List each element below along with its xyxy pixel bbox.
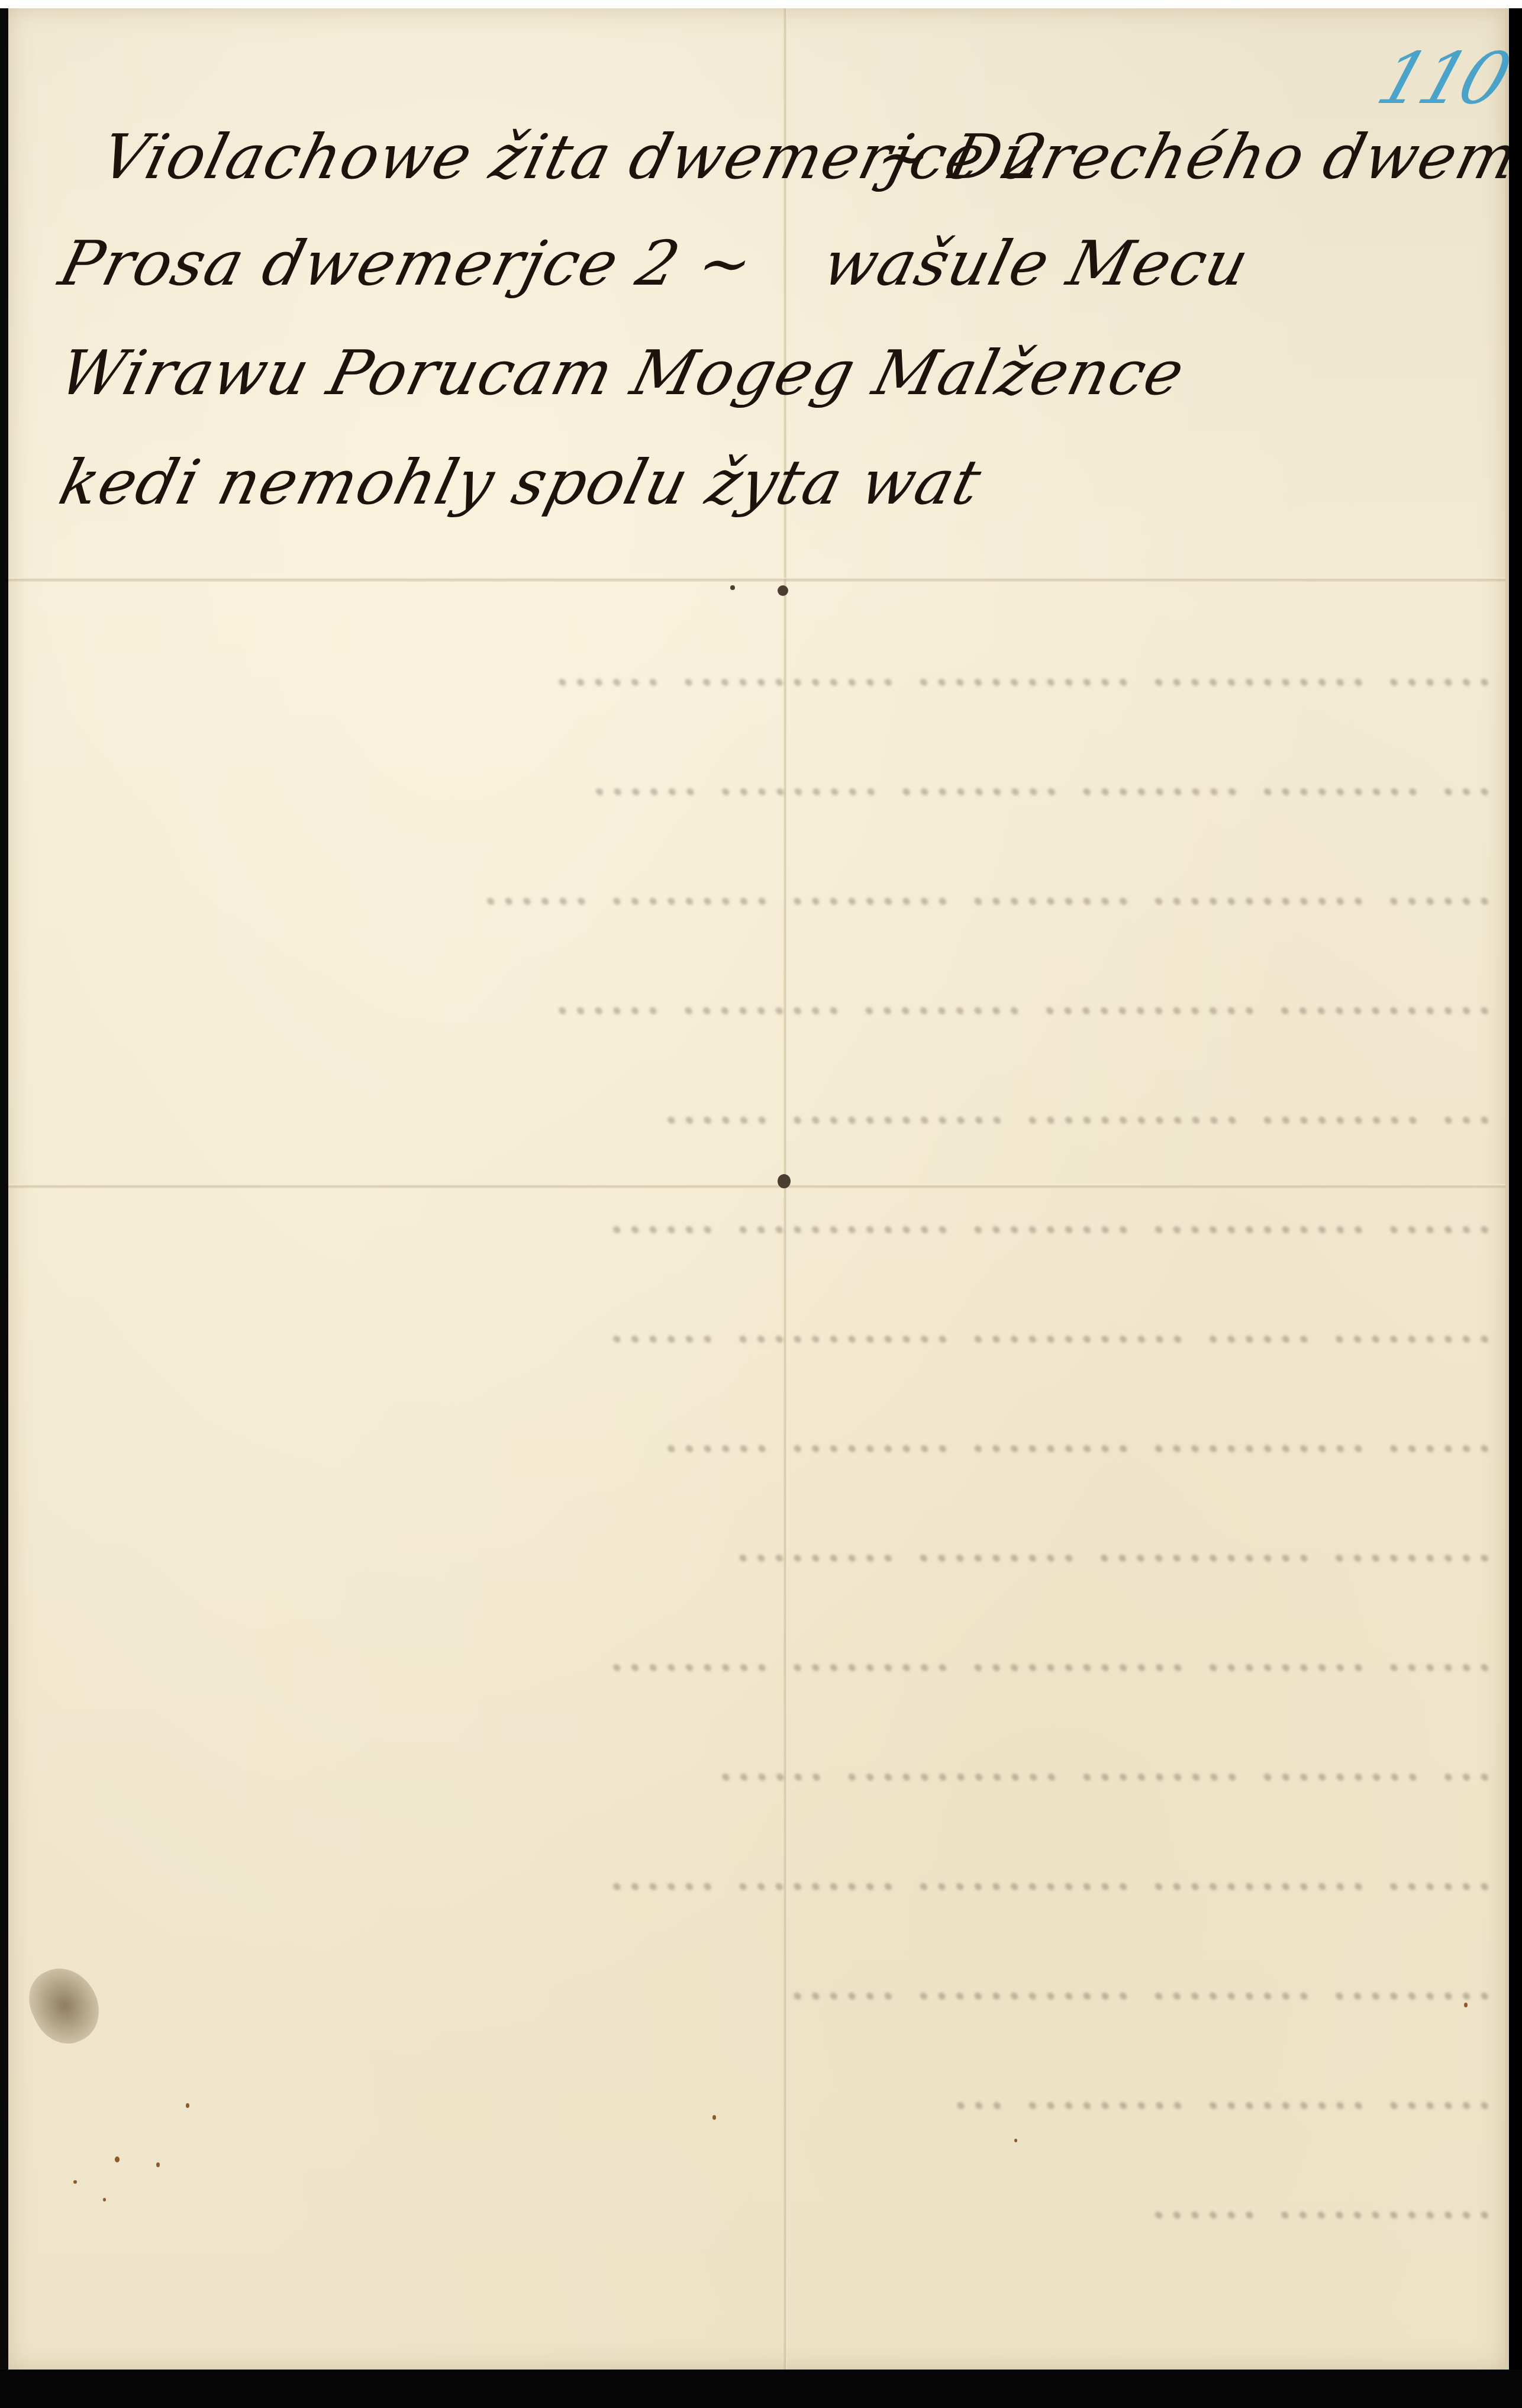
bleed-line: … ……… ……… ……… ……… …… (44, 721, 1494, 831)
scan-border-bottom (0, 2370, 1522, 2408)
scan-border-right (1509, 8, 1522, 2408)
foxing-spot (1464, 2003, 1468, 2007)
foxing-spot (103, 2198, 106, 2201)
bleed-line: ………… ………… ……… ……… …… (44, 940, 1494, 1050)
bleed-line: …… ………… ………… ……… …… (44, 1816, 1494, 1926)
foxing-spot (73, 2180, 77, 2184)
bleed-through-text: …… ………… ………… ………… …… … ……… ……… ……… ……… …… (44, 612, 1494, 2254)
bleed-line: …… ………… ………… ………… …… (44, 612, 1494, 721)
foxing-spot (1014, 2139, 1017, 2142)
bleed-line: …… ………… ……… ……… ……… …… (44, 831, 1494, 940)
foxing-spot (712, 2115, 716, 2120)
bleed-line: ………… …… (44, 2145, 1494, 2254)
manuscript-page: …… ………… ………… ………… …… … ……… ……… ……… ……… …… (8, 8, 1509, 2370)
foxing-spot (186, 2103, 189, 2108)
bleed-line: …… ……… ……… … (44, 2035, 1494, 2145)
folio-number: 110 (1368, 38, 1515, 120)
manuscript-line-3: Wirawu Porucam Mogeg Malžence (53, 337, 1192, 409)
bleed-line: ……… …… ………… ………… …… (44, 1269, 1494, 1378)
bleed-line: …… ………… ……… ………… …… (44, 1159, 1494, 1269)
bleed-line: …… ………… ……… ……… …… (44, 1378, 1494, 1488)
foxing-spot (156, 2162, 160, 2167)
bleed-line: ……… ……… ………… …… (44, 1926, 1494, 2035)
manuscript-line-2-right: wašule Mecu (816, 227, 1257, 299)
scan-top-margin (0, 0, 1522, 8)
manuscript-line-2-left: Prosa dwemerjce 2 ~ (53, 227, 762, 299)
bleed-line: …… ……… ………… ……… ……… (44, 1597, 1494, 1707)
bleed-line: … ……… ………… ………… …… (44, 1050, 1494, 1159)
manuscript-line-1-right: ~ Durechého dwemeryjae 2 (869, 121, 1522, 193)
ink-blot (778, 1174, 791, 1188)
fold-line-horizontal-upper (8, 578, 1505, 582)
bleed-line: … ……… ……… ………… …… (44, 1707, 1494, 1816)
ink-speck (730, 585, 735, 590)
bleed-line: ……… ………… ……… ……… (44, 1488, 1494, 1597)
manuscript-line-4: kedi nemohly spolu žyta wat (53, 446, 989, 518)
foxing-spot (115, 2156, 120, 2162)
ink-blot (778, 585, 788, 596)
